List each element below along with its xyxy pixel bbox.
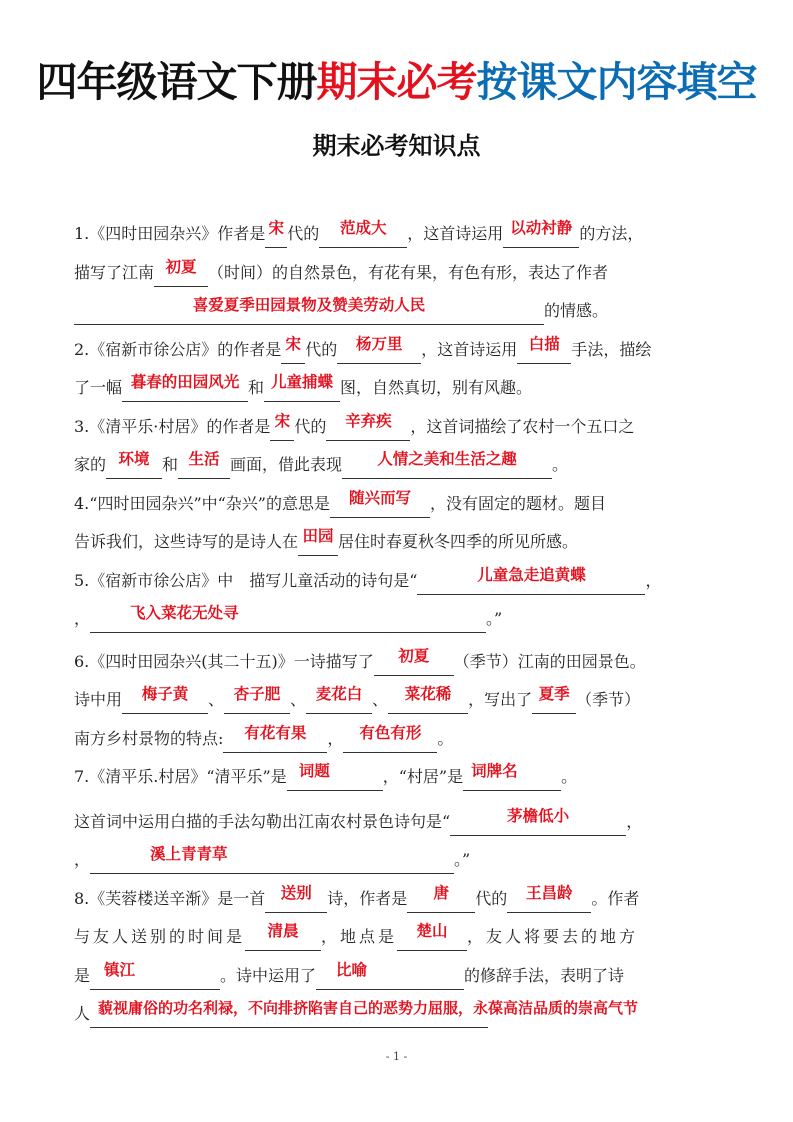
text: ，: [74, 850, 90, 869]
text: 人: [74, 1004, 90, 1023]
answer: 有色有形: [359, 724, 421, 742]
answer-blank: 词题: [287, 766, 383, 791]
answer: 暮春的田园风光: [131, 373, 240, 391]
answer: 白描: [529, 335, 560, 353]
answer-blank: 白描: [517, 339, 571, 364]
text: （季节）江南的田园景色。: [454, 652, 646, 671]
answer-blank: 以动衬静: [503, 223, 579, 248]
text: 图，自然真切，别有风趣。: [340, 378, 532, 397]
answer-blank: 杨万里: [337, 339, 421, 364]
answer: 人情之美和生活之趣: [377, 450, 517, 468]
text: ，地点是: [321, 927, 397, 946]
answer-blank: 初夏: [374, 651, 454, 676]
answer: 词牌名: [471, 762, 518, 780]
answer: 唐: [434, 884, 450, 902]
text: ，“村居”是: [383, 767, 463, 786]
text: 这首词中运用白描的手法勾勒出江南农村景色诗句是“: [74, 812, 450, 831]
answer-blank: 飞入菜花无处寻: [90, 608, 486, 633]
answer: 飞入菜花无处寻: [130, 604, 239, 622]
text: 居住时春夏秋冬四季的所见所感。: [338, 532, 578, 551]
answer-blank: 人情之美和生活之趣: [342, 454, 552, 479]
answer: 宋: [269, 219, 285, 237]
text: 4.“四时田园杂兴”中“杂兴”的意思是: [74, 494, 330, 513]
answer-blank: 楚山: [397, 926, 467, 951]
text: 6.《四时田园杂兴(其二十五)》一诗描写了: [74, 652, 374, 671]
question-1-line-1: 1.《四时田园杂兴》作者是宋代的范成大，这首诗运用以动衬静的方法，: [74, 215, 734, 254]
answer-blank: 夏季: [532, 689, 576, 714]
answer: 麦花白: [316, 685, 363, 703]
answer-blank: 王昌龄: [507, 888, 591, 913]
answer-blank: 儿童捕蝶: [264, 377, 340, 402]
text: 和: [162, 455, 178, 474]
answer: 夏季: [539, 685, 570, 703]
answer-blank: 梅子黄: [122, 689, 208, 714]
question-4-line-1: 4.“四时田园杂兴”中“杂兴”的意思是随兴而写，没有固定的题材。题目: [74, 485, 734, 524]
answer: 环境: [119, 450, 150, 468]
text: 3.《清平乐·村居》的作者是: [74, 417, 270, 436]
text: 南方乡村景物的特点:: [74, 729, 223, 748]
answer: 镇江: [104, 961, 135, 979]
answer-blank: 宋: [281, 339, 305, 364]
text: 。作者: [591, 889, 639, 908]
answer: 比喻: [336, 961, 367, 979]
text: 7.《清平乐.村居》“清平乐”是: [74, 767, 287, 786]
question-5-line-2: ，飞入菜花无处寻。”: [74, 600, 734, 639]
document-title: 四年级语文下册期末必考按课文内容填空: [0, 52, 793, 112]
text: 。”: [454, 850, 470, 869]
answer-blank: 茅檐低小: [450, 811, 626, 836]
answer: 初夏: [398, 647, 429, 665]
answer-blank: 杏子肥: [224, 689, 290, 714]
answer: 王昌龄: [526, 884, 573, 902]
text: 的修辞手法，表明了诗: [464, 966, 624, 985]
answer-blank: 比喻: [316, 965, 464, 990]
answer: 初夏: [166, 258, 197, 276]
question-8-line-4: 人藐视庸俗的功名利禄，不向排挤陷害自己的恶势力屈服，永葆高洁品质的崇高气节: [74, 995, 734, 1034]
answer: 送别: [281, 884, 312, 902]
answer-blank: 初夏: [154, 262, 208, 287]
answer-blank: 溪上青青草: [90, 849, 454, 874]
answer-blank: 范成大: [319, 223, 407, 248]
question-4-line-2: 告诉我们，这些诗写的是诗人在田园居住时春夏秋冬四季的所见所感。: [74, 523, 734, 562]
answer: 随兴而写: [349, 489, 411, 507]
text: 的方法，: [579, 224, 643, 243]
answer: 梅子黄: [142, 685, 189, 703]
text: 手法，描绘: [571, 340, 651, 359]
answer: 宋: [286, 335, 302, 353]
answer: 宋: [275, 412, 291, 430]
question-7-line-1: 7.《清平乐.村居》“清平乐”是词题，“村居”是词牌名。: [74, 758, 734, 797]
text: ，友人将要去的地方: [467, 927, 638, 946]
title-part-final-exam: 期末必考: [317, 58, 477, 106]
text: ，这首诗运用: [407, 224, 503, 243]
question-2-line-2: 了一幅暮春的田园风光和儿童捕蝶图，自然真切，别有风趣。: [74, 369, 734, 408]
answer: 杨万里: [356, 335, 403, 353]
answer-blank: 田园: [298, 531, 338, 556]
text: 。诗中运用了: [220, 966, 316, 985]
answer-blank: 有花有果: [223, 728, 327, 753]
question-6-line-2: 诗中用梅子黄、杏子肥、麦花白、菜花稀，写出了夏季（季节）: [74, 681, 734, 720]
answer-blank: 暮春的田园风光: [122, 377, 248, 402]
answer-blank: 清晨: [245, 926, 321, 951]
text: 。: [561, 767, 577, 786]
text: 代的: [475, 889, 507, 908]
answer: 辛弃疾: [345, 412, 392, 430]
answer-blank: 随兴而写: [330, 493, 430, 518]
text: ，没有固定的题材。题目: [430, 494, 606, 513]
text: 2.《宿新市徐公店》的作者是: [74, 340, 281, 359]
answer-blank: 词牌名: [463, 766, 561, 791]
text: ，写出了: [468, 690, 532, 709]
text: 。”: [486, 609, 502, 628]
answer: 楚山: [417, 922, 448, 940]
answer-blank: 麦花白: [306, 689, 372, 714]
text: 。: [437, 729, 453, 748]
answer: 田园: [303, 527, 334, 545]
question-6-line-1: 6.《四时田园杂兴(其二十五)》一诗描写了初夏（季节）江南的田园景色。: [74, 643, 734, 682]
question-1-line-3: 喜爱夏季田园景物及赞美劳动人民的情感。: [74, 292, 734, 331]
text: 5.《宿新市徐公店》中 描写儿童活动的诗句是“: [74, 571, 417, 590]
title-part-grade: 四年级语文下册: [37, 58, 317, 106]
text: 代的: [294, 417, 326, 436]
text: ，: [74, 609, 90, 628]
text: 代的: [305, 340, 337, 359]
answer-blank: 镇江: [90, 965, 220, 990]
question-2-line-1: 2.《宿新市徐公店》的作者是宋代的杨万里，这首诗运用白描手法，描绘: [74, 331, 734, 370]
answer: 杏子肥: [234, 685, 281, 703]
answer: 词题: [299, 762, 330, 780]
answer: 清晨: [268, 922, 299, 940]
text: 、: [208, 690, 224, 709]
text: （时间）的自然景色，有花有果，有色有形，表达了作者: [208, 263, 608, 282]
text: ，: [327, 729, 343, 748]
answer-blank: 儿童急走追黄蝶: [417, 570, 645, 595]
text: 的情感。: [544, 301, 608, 320]
text: 画面，借此表现: [230, 455, 342, 474]
answer: 儿童急走追黄蝶: [477, 566, 586, 584]
text: 8.《芙蓉楼送辛渐》是一首: [74, 889, 265, 908]
text: 诗，作者是: [327, 889, 407, 908]
text: 代的: [287, 224, 319, 243]
answer-blank: 环境: [106, 454, 162, 479]
answer: 范成大: [340, 219, 387, 237]
answer: 以动衬静: [510, 219, 572, 237]
question-6-line-3: 南方乡村景物的特点:有花有果，有色有形。: [74, 720, 734, 759]
question-7-line-3: ，溪上青青草。”: [74, 841, 734, 880]
question-8-line-3: 是镇江。诗中运用了比喻的修辞手法，表明了诗: [74, 957, 734, 996]
text: 是: [74, 966, 90, 985]
text: 。: [552, 455, 568, 474]
answer: 菜花稀: [405, 685, 452, 703]
answer: 儿童捕蝶: [271, 373, 333, 391]
text: ，这首词描绘了农村一个五口之: [410, 417, 634, 436]
text: （季节）: [576, 690, 640, 709]
answer: 有花有果: [244, 724, 306, 742]
answer-blank: 辛弃疾: [326, 416, 410, 441]
answer-blank: 宋: [265, 223, 287, 248]
text: ，: [645, 571, 661, 590]
answer-blank: 生活: [178, 454, 230, 479]
answer-blank: 唐: [407, 888, 475, 913]
title-part-fill-blank: 按课文内容填空: [477, 58, 757, 106]
question-8-line-2: 与友人送别的时间是清晨，地点是楚山，友人将要去的地方: [74, 918, 734, 957]
question-8-line-1: 8.《芙蓉楼送辛渐》是一首送别诗，作者是唐代的王昌龄。作者: [74, 880, 734, 919]
answer: 喜爱夏季田园景物及赞美劳动人民: [193, 296, 426, 314]
text: 描写了江南: [74, 263, 154, 282]
answer: 藐视庸俗的功名利禄，不向排挤陷害自己的恶势力屈服，永葆高洁品质的崇高气节: [98, 999, 638, 1017]
text: 告诉我们，这些诗写的是诗人在: [74, 532, 298, 551]
text: ，这首诗运用: [421, 340, 517, 359]
question-3-line-1: 3.《清平乐·村居》的作者是宋代的辛弃疾，这首词描绘了农村一个五口之: [74, 408, 734, 447]
question-5-line-1: 5.《宿新市徐公店》中 描写儿童活动的诗句是“儿童急走追黄蝶，: [74, 562, 734, 601]
text: 1.《四时田园杂兴》作者是: [74, 224, 265, 243]
text: 、: [372, 690, 388, 709]
text: 、: [290, 690, 306, 709]
question-3-line-2: 家的环境和生活画面，借此表现人情之美和生活之趣。: [74, 446, 734, 485]
text: 和: [248, 378, 264, 397]
text: 了一幅: [74, 378, 122, 397]
answer-blank: 藐视庸俗的功名利禄，不向排挤陷害自己的恶势力屈服，永葆高洁品质的崇高气节: [90, 1003, 488, 1028]
question-list: 1.《四时田园杂兴》作者是宋代的范成大，这首诗运用以动衬静的方法， 描写了江南初…: [74, 215, 734, 1034]
text: 诗中用: [74, 690, 122, 709]
question-7-line-2: 这首词中运用白描的手法勾勒出江南农村景色诗句是“茅檐低小，: [74, 803, 734, 842]
text: ，: [626, 812, 642, 831]
answer-blank: 宋: [270, 416, 294, 441]
document-subtitle: 期末必考知识点: [0, 128, 793, 164]
answer: 生活: [189, 450, 220, 468]
answer-blank: 送别: [265, 888, 327, 913]
answer-blank: 菜花稀: [388, 689, 468, 714]
question-1-line-2: 描写了江南初夏（时间）的自然景色，有花有果，有色有形，表达了作者: [74, 254, 734, 293]
answer: 溪上青青草: [150, 845, 228, 863]
answer-blank: 喜爱夏季田园景物及赞美劳动人民: [74, 300, 544, 325]
answer-blank: 有色有形: [343, 728, 437, 753]
text: 与友人送别的时间是: [74, 927, 245, 946]
answer: 茅檐低小: [507, 807, 569, 825]
text: 家的: [74, 455, 106, 474]
page-number: - 1 -: [0, 1050, 793, 1063]
